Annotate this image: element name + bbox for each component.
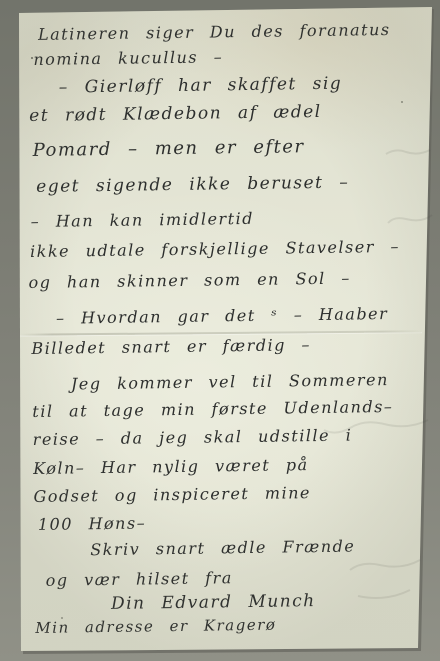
letter-line-13: til at tage min første Udenlands–	[32, 399, 393, 420]
letter-line-1: Latineren siger Du des foranatus	[38, 22, 391, 43]
letter-line-7: – Han kan imidlertid	[31, 211, 254, 230]
letter-lines: Latineren siger Du des foranatusnomina k…	[0, 0, 440, 661]
photograph-background: Latineren siger Du des foranatusnomina k…	[0, 0, 440, 661]
letter-line-9: og han skinner som en Sol –	[28, 271, 350, 291]
letter-line-11: Billedet snart er færdig –	[31, 337, 311, 357]
letter-line-15: Køln– Har nylig været på	[33, 457, 309, 477]
letter-line-17: 100 Høns–	[38, 515, 146, 533]
letter-line-19: og vær hilset fra	[46, 570, 233, 589]
letter-line-3: – Gierløff har skaffet sig	[59, 76, 343, 97]
letter-line-10: – Hvordan gar det ˢ – Haaber	[56, 306, 388, 327]
letter-line-6: eget sigende ikke beruset –	[36, 175, 349, 196]
letter-line-16: Godset og inspiceret mine	[33, 485, 311, 505]
letter-line-14: reise – da jeg skal udstille i	[33, 428, 353, 448]
letter-line-12: Jeg kommer vel til Sommeren	[71, 372, 389, 392]
letter-line-4: et rødt Klædebon af ædel	[29, 104, 322, 125]
letter-line-21: Min adresse er Kragerø	[35, 618, 276, 636]
letter-line-8: ikke udtale forskjellige Stavelser –	[30, 239, 400, 260]
letter-line-20: Din Edvard Munch	[111, 593, 316, 613]
letter-line-2: nomina kucullus –	[33, 49, 223, 68]
letter-line-5: Pomard – men er efter	[33, 138, 305, 160]
letter-line-18: Skriv snart ædle Frænde	[90, 539, 355, 559]
